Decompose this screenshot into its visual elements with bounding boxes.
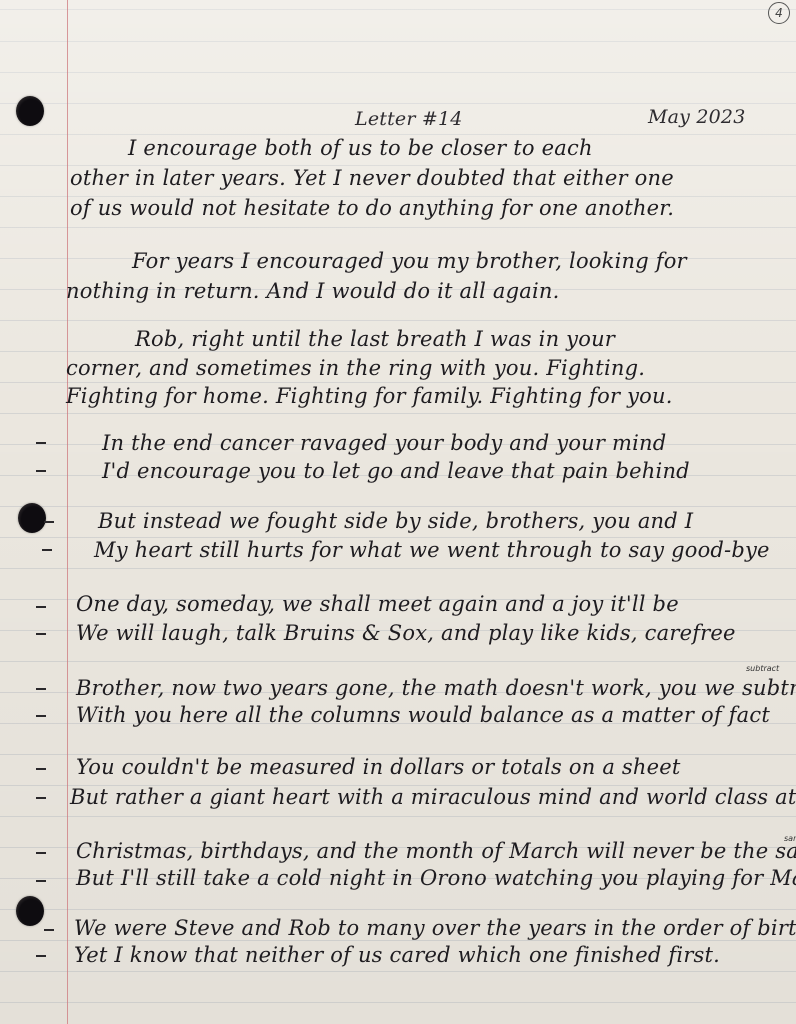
punch-hole-top — [16, 96, 44, 126]
bullet-dash — [36, 797, 46, 799]
paragraph-2-line-2: nothing in return. And I would do it all… — [66, 279, 560, 303]
paragraph-3-line-1: Rob, right until the last breath I was i… — [135, 327, 615, 351]
bullet-dash — [36, 633, 46, 635]
verse-4-line-1: Brother, now two years gone, the math do… — [76, 676, 796, 700]
verse-7-line-1: We were Steve and Rob to many over the y… — [74, 916, 796, 940]
verse-6-line-1: Christmas, birthdays, and the month of M… — [76, 839, 796, 863]
punch-hole-bottom — [16, 896, 44, 926]
notebook-page: 4 Letter #14 May 2023 I encourage both o… — [0, 0, 796, 1024]
paragraph-3-line-2: corner, and sometimes in the ring with y… — [66, 356, 645, 380]
bullet-dash — [44, 521, 54, 523]
bullet-dash — [42, 549, 52, 551]
page-number: 4 — [768, 2, 790, 24]
paragraph-1-line-2: other in later years. Yet I never doubte… — [70, 166, 674, 190]
verse-5-line-1: You couldn't be measured in dollars or t… — [76, 755, 681, 779]
verse-7-line-2: Yet I know that neither of us cared whic… — [74, 943, 720, 967]
verse-2-line-1: But instead we fought side by side, brot… — [98, 509, 693, 533]
verse-1-line-2: I'd encourage you to let go and leave th… — [102, 459, 690, 483]
verse-6-line-2: But I'll still take a cold night in Oron… — [76, 866, 796, 890]
verse-3-line-2: We will laugh, talk Bruins & Sox, and pl… — [76, 621, 736, 645]
verse-4-line-2: With you here all the columns would bala… — [76, 703, 770, 727]
letter-date: May 2023 — [648, 106, 746, 128]
paragraph-3-line-3: Fighting for home. Fighting for family. … — [66, 384, 673, 408]
paragraph-1-line-3: of us would not hesitate to do anything … — [70, 196, 674, 220]
bullet-dash — [36, 955, 46, 957]
bullet-dash — [36, 715, 46, 717]
margin-line — [67, 0, 68, 1024]
annotation-subtract: subtract — [746, 664, 779, 673]
verse-3-line-1: One day, someday, we shall meet again an… — [76, 592, 679, 616]
bullet-dash — [44, 929, 54, 931]
punch-hole-middle — [18, 503, 46, 533]
paragraph-1-line-1: I encourage both of us to be closer to e… — [128, 136, 593, 160]
bullet-dash — [36, 768, 46, 770]
verse-2-line-2: My heart still hurts for what we went th… — [94, 538, 770, 562]
bullet-dash — [36, 688, 46, 690]
verse-5-line-2: But rather a giant heart with a miraculo… — [70, 785, 796, 809]
bullet-dash — [36, 470, 46, 472]
verse-1-line-1: In the end cancer ravaged your body and … — [102, 431, 666, 455]
bullet-dash — [36, 852, 46, 854]
paragraph-2-line-1: For years I encouraged you my brother, l… — [132, 249, 687, 273]
bullet-dash — [36, 442, 46, 444]
bullet-dash — [36, 606, 46, 608]
bullet-dash — [36, 880, 46, 882]
letter-title: Letter #14 — [355, 108, 463, 130]
